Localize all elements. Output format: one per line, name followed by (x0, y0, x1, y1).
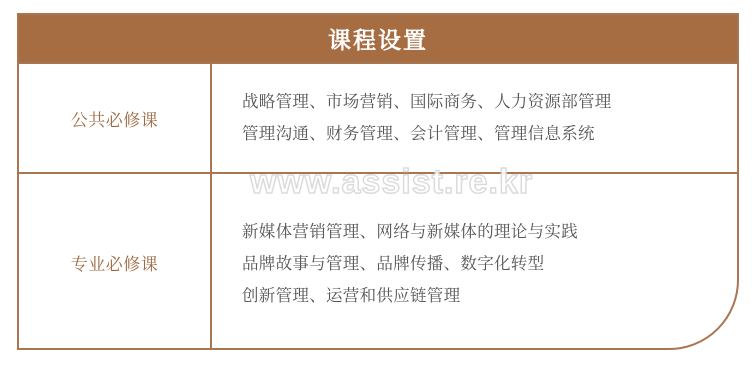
course-list-line: 管理沟通、财务管理、会计管理、管理信息系统 (242, 118, 737, 150)
table-row-public-required: 公共必修课 战略管理、市场营销、国际商务、人力资源部管理 管理沟通、财务管理、会… (19, 64, 737, 174)
course-list-line: 战略管理、市场营销、国际商务、人力资源部管理 (242, 86, 737, 118)
course-list-line: 创新管理、运营和供应链管理 (242, 280, 737, 312)
table-title: 课程设置 (328, 22, 428, 55)
table-header: 课程设置 (19, 15, 737, 64)
table-row-major-required: 专业必修课 新媒体营销管理、网络与新媒体的理论与实践 品牌故事与管理、品牌传播、… (19, 174, 737, 350)
course-list-line: 品牌故事与管理、品牌传播、数字化转型 (242, 248, 737, 280)
course-table: 课程设置 公共必修课 战略管理、市场营销、国际商务、人力资源部管理 管理沟通、财… (17, 13, 739, 350)
course-list-line: 新媒体营销管理、网络与新媒体的理论与实践 (242, 216, 737, 248)
row-label: 专业必修课 (19, 174, 212, 350)
row-content: 新媒体营销管理、网络与新媒体的理论与实践 品牌故事与管理、品牌传播、数字化转型 … (212, 174, 737, 350)
row-content: 战略管理、市场营销、国际商务、人力资源部管理 管理沟通、财务管理、会计管理、管理… (212, 64, 737, 172)
row-label: 公共必修课 (19, 64, 212, 172)
